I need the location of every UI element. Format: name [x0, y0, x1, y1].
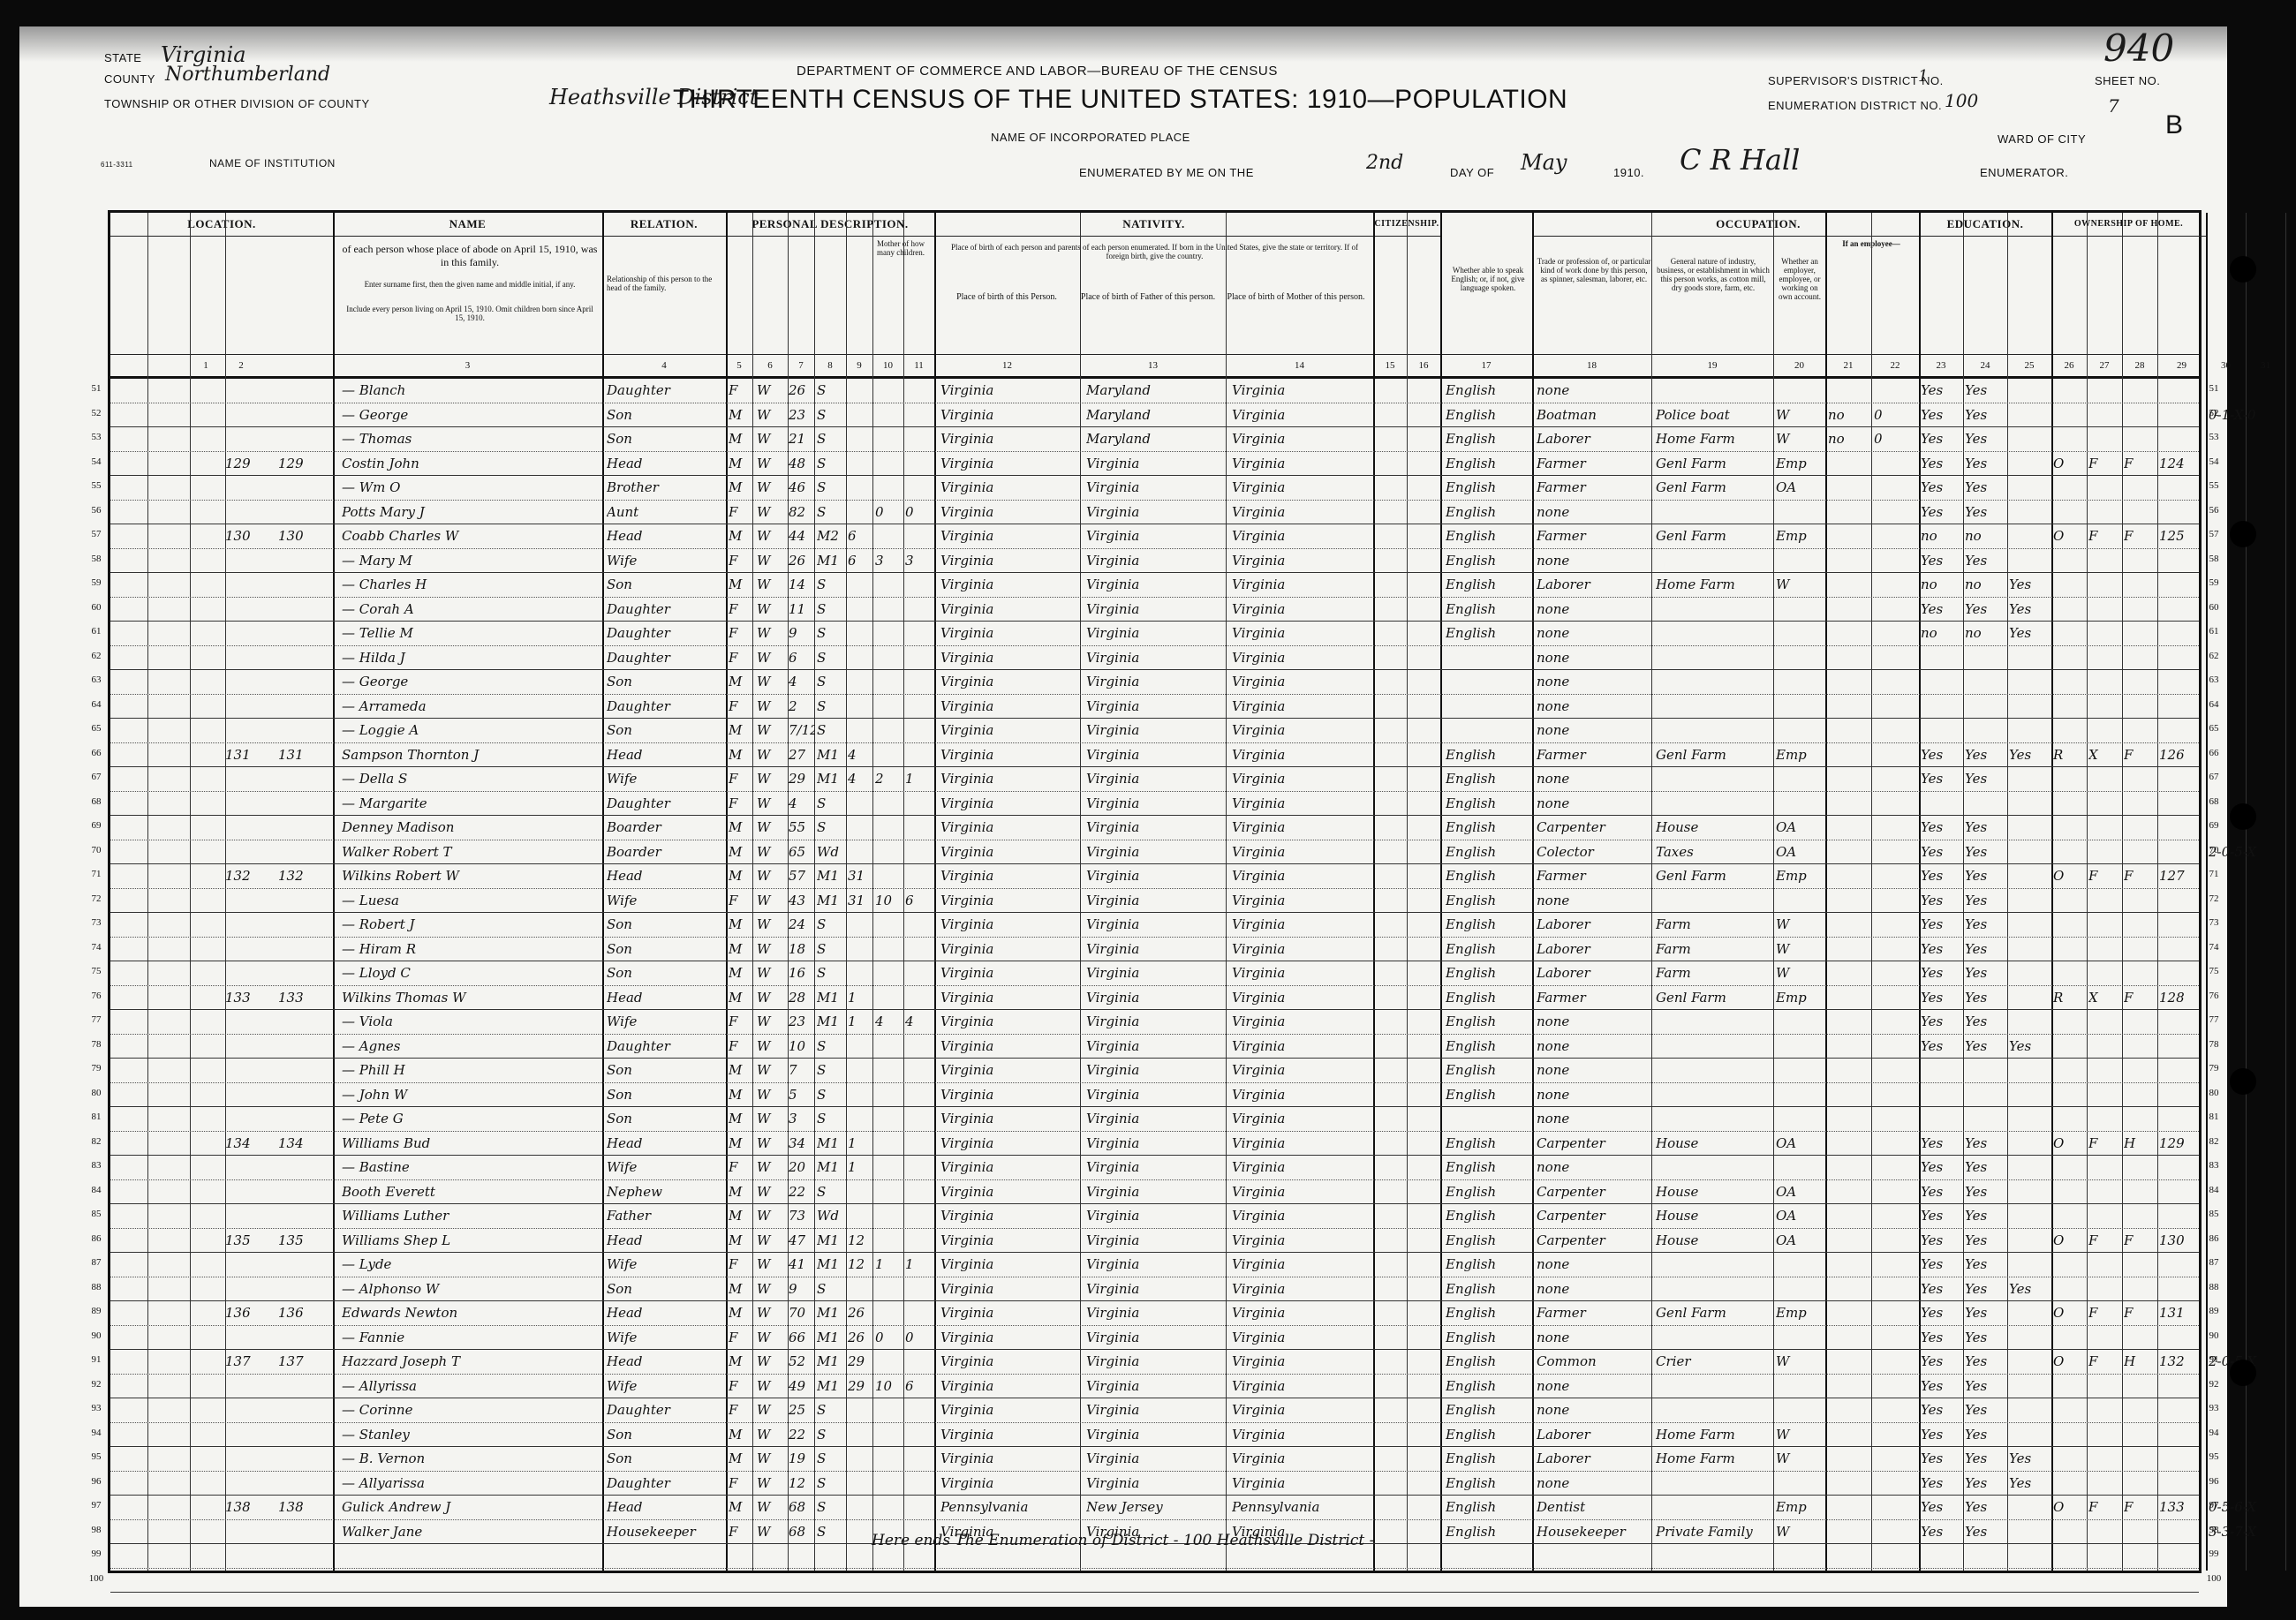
cell-age: 7: [789, 1059, 815, 1081]
table-row: — AllyarissaDaughterFW12SVirginiaVirgini…: [110, 1471, 2199, 1496]
col-num: 21: [1825, 355, 1871, 376]
col-num: 17: [1440, 355, 1532, 376]
cell-weeks-out-of-work: [1874, 1570, 1916, 1591]
cell-can-read: Yes: [1921, 817, 1961, 838]
cell-person-name: — Loggie A: [342, 720, 598, 741]
cell-children-living: [905, 404, 932, 426]
cell-out-of-work: [1828, 1521, 1869, 1542]
cell-free-or-mortgaged: [2088, 768, 2120, 789]
cell-attended-school: Yes: [2009, 574, 2050, 595]
cell-can-read: Yes: [1921, 1521, 1961, 1542]
cell-birthplace-father: Virginia: [1086, 1448, 1223, 1469]
cell-children-born: [875, 914, 902, 935]
cell-dwelling-number: [225, 1036, 278, 1057]
cell-farm-schedule: 128: [2159, 987, 2203, 1008]
cell-dwelling-number: [225, 599, 278, 620]
cell-age: 9: [789, 622, 815, 644]
cell-birthplace-father: Virginia: [1086, 1108, 1223, 1129]
col-num: 1: [190, 355, 222, 376]
cell-out-of-work: [1828, 962, 1869, 983]
cell-farm-or-house: [2124, 1036, 2156, 1057]
cell-trade: Laborer: [1537, 938, 1650, 960]
cell-out-of-work: [1828, 647, 1869, 668]
cell-birthplace-mother: Virginia: [1232, 1011, 1369, 1032]
cell-farm-schedule: [2159, 501, 2203, 523]
table-row: — StanleySonMW22SVirginiaVirginiaVirgini…: [110, 1422, 2199, 1448]
cell-farm-schedule: 124: [2159, 453, 2203, 474]
line-number-left: 78: [84, 1039, 109, 1050]
cell-dwelling-number: [225, 501, 278, 523]
cell-person-name: Wilkins Thomas W: [342, 987, 598, 1008]
cell-birthplace-father: Virginia: [1086, 1205, 1223, 1226]
cell-attended-school: [2009, 1521, 2050, 1542]
line-number-right: 76: [2202, 991, 2226, 1001]
cell-family-number: [278, 793, 331, 814]
cell-employer-status: W: [1776, 938, 1824, 960]
line-number-right: 60: [2202, 602, 2226, 613]
cell-person-name: — Hilda J: [342, 647, 598, 668]
table-row: — Alphonso WSonMW9SVirginiaVirginiaVirgi…: [110, 1277, 2199, 1302]
cell-weeks-out-of-work: [1874, 1230, 1916, 1251]
cell-free-or-mortgaged: [2088, 380, 2120, 401]
cell-marital-status: S: [817, 599, 845, 620]
cell-birthplace-mother: Virginia: [1232, 1327, 1369, 1348]
cell-birthplace-father: Maryland: [1086, 380, 1223, 401]
cell-out-of-work: [1828, 987, 1869, 1008]
cell-children-living: [905, 696, 932, 717]
cell-free-or-mortgaged: [2088, 428, 2120, 449]
cell-age: 29: [789, 768, 815, 789]
col-num: 4: [602, 355, 726, 376]
cell-language: English: [1446, 622, 1529, 644]
col-num: 7: [788, 355, 814, 376]
cell-weeks-out-of-work: [1874, 525, 1916, 546]
cell-can-read: [1921, 793, 1961, 814]
cell-trade: Laborer: [1537, 914, 1650, 935]
cell-birthplace-father: Virginia: [1086, 987, 1223, 1008]
stamp-number: 940: [2103, 26, 2174, 70]
cell-marital-status: S: [817, 962, 845, 983]
cell-can-write: Yes: [1965, 404, 2005, 426]
cell-birthplace-person: Virginia: [940, 1108, 1077, 1129]
cell-employer-status: [1776, 1108, 1824, 1129]
cell-owned-or-rented: [2053, 428, 2085, 449]
col-num: 12: [934, 355, 1080, 376]
cell-birthplace-person: Virginia: [940, 841, 1077, 863]
cell-birthplace-father: Virginia: [1086, 793, 1223, 814]
cell-attended-school: [2009, 1302, 2050, 1323]
table-row: — John WSonMW5SVirginiaVirginiaVirginiaE…: [110, 1082, 2199, 1108]
cell-birthplace-person: Virginia: [940, 938, 1077, 960]
cell-children-born: [875, 671, 902, 692]
cell-industry: Genl Farm: [1656, 1302, 1771, 1323]
cell-language: English: [1446, 550, 1529, 571]
cell-sex: M: [729, 477, 751, 498]
cell-weeks-out-of-work: [1874, 1084, 1916, 1105]
cell-sex: M: [729, 1424, 751, 1445]
cell-birthplace-mother: Virginia: [1232, 817, 1369, 838]
cell-age: 4: [789, 793, 815, 814]
cell-attended-school: [2009, 1133, 2050, 1154]
cell-language: English: [1446, 1084, 1529, 1105]
cell-trade: none: [1537, 1036, 1650, 1057]
cell-trade: [1537, 1545, 1650, 1566]
cell-birthplace-father: Virginia: [1086, 1133, 1223, 1154]
cell-birthplace-person: Virginia: [940, 1205, 1077, 1226]
cell-farm-or-house: [2124, 841, 2156, 863]
ward-label: WARD OF CITY: [1998, 132, 2086, 146]
line-number-left: 74: [84, 942, 109, 953]
cell-trade: Farmer: [1537, 987, 1650, 1008]
cell-can-write: Yes: [1965, 987, 2005, 1008]
cell-attended-school: [2009, 696, 2050, 717]
group-nativity: NATIVITY.: [934, 213, 1373, 237]
cell-farm-or-house: [2124, 720, 2156, 741]
cell-dwelling-number: [225, 938, 278, 960]
cell-language: English: [1446, 793, 1529, 814]
cell-free-or-mortgaged: [2088, 841, 2120, 863]
cell-weeks-out-of-work: [1874, 453, 1916, 474]
cell-attended-school: [2009, 914, 2050, 935]
cell-language: English: [1446, 1496, 1529, 1518]
cell-person-name: Edwards Newton: [342, 1302, 598, 1323]
county-label: COUNTY: [104, 72, 155, 86]
cell-dwelling-number: [225, 841, 278, 863]
cell-marital-status: S: [817, 1059, 845, 1081]
cell-dwelling-number: [225, 696, 278, 717]
cell-family-number: [278, 1059, 331, 1081]
cell-out-of-work: [1828, 501, 1869, 523]
table-row: — Della SWifeFW29M1421VirginiaVirginiaVi…: [110, 766, 2199, 792]
cell-employer-status: [1776, 1036, 1824, 1057]
cell-marital-status: S: [817, 1496, 845, 1518]
cell-owned-or-rented: [2053, 1205, 2085, 1226]
cell-birthplace-father: Virginia: [1086, 720, 1223, 741]
cell-dwelling-number: [225, 1011, 278, 1032]
line-number-left: 85: [84, 1209, 109, 1219]
cell-language: English: [1446, 1302, 1529, 1323]
cell-age: 22: [789, 1424, 815, 1445]
cell-race: W: [757, 696, 783, 717]
cell-trade: none: [1537, 768, 1650, 789]
cell-sex: M: [729, 1496, 751, 1518]
cell-sex: M: [729, 428, 751, 449]
cell-children-living: [905, 938, 932, 960]
cell-can-write: Yes: [1965, 1302, 2005, 1323]
cell-out-of-work: [1828, 550, 1869, 571]
cell-industry: Genl Farm: [1656, 744, 1771, 765]
cell-farm-or-house: [2124, 1181, 2156, 1202]
cell-industry: [1656, 890, 1771, 911]
col-num: 10: [872, 355, 903, 376]
cell-dwelling-number: [225, 1181, 278, 1202]
cell-children-living: 3: [905, 550, 932, 571]
cell-person-name: — Della S: [342, 768, 598, 789]
cell-birthplace-person: Virginia: [940, 1011, 1077, 1032]
line-number-right: 75: [2202, 966, 2226, 976]
cell-language: English: [1446, 1157, 1529, 1178]
cell-farm-or-house: [2124, 1254, 2156, 1275]
birth-father-header: Place of birth of Father of this person.: [1077, 292, 1219, 302]
line-number-right: 80: [2202, 1088, 2226, 1098]
cell-farm-schedule: [2159, 1011, 2203, 1032]
table-row: — Tellie MDaughterFW9SVirginiaVirginiaVi…: [110, 621, 2199, 646]
cell-children-living: [905, 1157, 932, 1178]
cell-free-or-mortgaged: [2088, 1399, 2120, 1420]
group-occupation: OCCUPATION.: [1532, 213, 1984, 237]
table-row: — LydeWifeFW41M11211VirginiaVirginiaVirg…: [110, 1252, 2199, 1277]
cell-trade: none: [1537, 1473, 1650, 1494]
cell-children-living: [905, 1036, 932, 1057]
line-number-right: 90: [2202, 1330, 2226, 1341]
cell-marital-status: M1: [817, 1302, 845, 1323]
cell-employer-status: [1776, 647, 1824, 668]
cell-sex: F: [729, 1327, 751, 1348]
cell-free-or-mortgaged: F: [2088, 1496, 2120, 1518]
cell-owned-or-rented: [2053, 380, 2085, 401]
cell-farm-schedule: [2159, 1278, 2203, 1300]
cell-birthplace-mother: Virginia: [1232, 550, 1369, 571]
cell-language: English: [1446, 962, 1529, 983]
cell-owned-or-rented: [2053, 768, 2085, 789]
cell-person-name: Potts Mary J: [342, 501, 598, 523]
cell-industry: Farm: [1656, 962, 1771, 983]
cell-dwelling-number: [225, 1254, 278, 1275]
cell-race: W: [757, 453, 783, 474]
cell-free-or-mortgaged: [2088, 720, 2120, 741]
cell-language: English: [1446, 865, 1529, 886]
cell-trade: none: [1537, 696, 1650, 717]
cell-trade: Carpenter: [1537, 1181, 1650, 1202]
cell-birthplace-person: Virginia: [940, 1181, 1077, 1202]
cell-out-of-work: [1828, 938, 1869, 960]
cell-marital-status: S: [817, 1036, 845, 1057]
cell-years-married: 12: [848, 1254, 872, 1275]
cell-birthplace-mother: Virginia: [1232, 1424, 1369, 1445]
cell-can-write: [1965, 696, 2005, 717]
cell-age: 66: [789, 1327, 815, 1348]
cell-weeks-out-of-work: [1874, 380, 1916, 401]
cell-age: 73: [789, 1205, 815, 1226]
cell-farm-or-house: [2124, 817, 2156, 838]
cell-dwelling-number: 135: [225, 1230, 278, 1251]
cell-language: [1446, 647, 1529, 668]
cell-language: [1446, 1108, 1529, 1129]
cell-owned-or-rented: [2053, 1108, 2085, 1129]
cell-person-name: — Alphonso W: [342, 1278, 598, 1300]
line-number-right: 100: [2202, 1573, 2226, 1584]
cell-weeks-out-of-work: [1874, 1108, 1916, 1129]
cell-person-name: — George: [342, 404, 598, 426]
cell-family-number: 132: [278, 865, 331, 886]
cell-can-read: Yes: [1921, 1351, 1961, 1372]
cell-can-read: Yes: [1921, 1302, 1961, 1323]
cell-can-read: Yes: [1921, 477, 1961, 498]
employer-header: Whether an employer, employee, or workin…: [1778, 257, 1822, 301]
col-num: 6: [752, 355, 788, 376]
cell-can-read: Yes: [1921, 1133, 1961, 1154]
cell-industry: [1656, 501, 1771, 523]
cell-farm-or-house: [2124, 404, 2156, 426]
cell-trade: none: [1537, 671, 1650, 692]
department-heading: DEPARTMENT OF COMMERCE AND LABOR—BUREAU …: [797, 64, 1278, 79]
cell-attended-school: [2009, 1230, 2050, 1251]
cell-birthplace-mother: Virginia: [1232, 428, 1369, 449]
cell-weeks-out-of-work: [1874, 671, 1916, 692]
cell-out-of-work: [1828, 380, 1869, 401]
cell-birthplace-person: Virginia: [940, 768, 1077, 789]
cell-out-of-work: [1828, 477, 1869, 498]
cell-can-read: [1921, 720, 1961, 741]
line-number-right: 92: [2202, 1379, 2226, 1390]
cell-farm-schedule: [2159, 1424, 2203, 1445]
cell-race: W: [757, 380, 783, 401]
cell-birthplace-mother: Virginia: [1232, 647, 1369, 668]
cell-industry: Genl Farm: [1656, 525, 1771, 546]
cell-birthplace-person: Virginia: [940, 428, 1077, 449]
cell-sex: F: [729, 793, 751, 814]
cell-employer-status: [1776, 550, 1824, 571]
cell-family-number: [278, 622, 331, 644]
line-number-right: 98: [2202, 1525, 2226, 1535]
cell-employer-status: Emp: [1776, 744, 1824, 765]
cell-dwelling-number: [225, 1084, 278, 1105]
cell-children-born: [875, 1496, 902, 1518]
cell-sex: F: [729, 501, 751, 523]
cell-can-write: Yes: [1965, 1133, 2005, 1154]
cell-language: English: [1446, 1181, 1529, 1202]
mother-of-header: Mother of how many children.: [870, 239, 932, 257]
cell-industry: Genl Farm: [1656, 865, 1771, 886]
cell-industry: [1656, 622, 1771, 644]
cell-family-number: [278, 1108, 331, 1129]
cell-children-living: [905, 647, 932, 668]
cell-family-number: [278, 1254, 331, 1275]
cell-relation: Head: [607, 1496, 721, 1518]
cell-owned-or-rented: [2053, 1084, 2085, 1105]
cell-can-read: Yes: [1921, 1424, 1961, 1445]
cell-relation: Boarder: [607, 817, 721, 838]
cell-family-number: 131: [278, 744, 331, 765]
cell-children-living: 0: [905, 501, 932, 523]
cell-relation: Head: [607, 987, 721, 1008]
cell-farm-schedule: [2159, 477, 2203, 498]
cell-sex: F: [729, 1375, 751, 1397]
census-title: THIRTEENTH CENSUS OF THE UNITED STATES: …: [673, 85, 1567, 115]
line-number-left: 54: [84, 456, 109, 467]
cell-attended-school: [2009, 380, 2050, 401]
birth-person-header: Place of birth of this Person.: [940, 292, 1073, 302]
cell-farm-or-house: F: [2124, 1496, 2156, 1518]
cell-weeks-out-of-work: [1874, 914, 1916, 935]
cell-family-number: [278, 1181, 331, 1202]
cell-relation: Head: [607, 1133, 721, 1154]
cell-age: 26: [789, 550, 815, 571]
cell-attended-school: [2009, 938, 2050, 960]
cell-children-born: [875, 1570, 902, 1591]
cell-industry: [1656, 1278, 1771, 1300]
cell-relation: Daughter: [607, 380, 721, 401]
cell-farm-or-house: F: [2124, 1302, 2156, 1323]
cell-person-name: Wilkins Robert W: [342, 865, 598, 886]
cell-trade: none: [1537, 550, 1650, 571]
cell-years-married: [848, 793, 872, 814]
table-row: — Mary MWifeFW26M1633VirginiaVirginiaVir…: [110, 548, 2199, 574]
line-number-left: 86: [84, 1233, 109, 1244]
cell-farm-schedule: [2159, 550, 2203, 571]
cell-attended-school: [2009, 477, 2050, 498]
cell-birthplace-person: Virginia: [940, 380, 1077, 401]
line-number-right: 83: [2202, 1160, 2226, 1171]
cell-can-read: Yes: [1921, 1230, 1961, 1251]
cell-relation: [607, 1545, 721, 1566]
cell-farm-schedule: 131: [2159, 1302, 2203, 1323]
cell-language: English: [1446, 1473, 1529, 1494]
cell-sex: F: [729, 647, 751, 668]
cell-can-read: Yes: [1921, 1254, 1961, 1275]
cell-employer-status: [1776, 793, 1824, 814]
cell-person-name: — Wm O: [342, 477, 598, 498]
cell-employer-status: Emp: [1776, 453, 1824, 474]
cell-age: 5: [789, 1084, 815, 1105]
cell-birthplace-father: Virginia: [1086, 671, 1223, 692]
cell-owned-or-rented: O: [2053, 525, 2085, 546]
cell-years-married: [848, 428, 872, 449]
cell-birthplace-person: Virginia: [940, 890, 1077, 911]
cell-free-or-mortgaged: [2088, 404, 2120, 426]
cell-attended-school: [2009, 1570, 2050, 1591]
cell-farm-or-house: [2124, 428, 2156, 449]
cell-owned-or-rented: [2053, 671, 2085, 692]
cell-trade: none: [1537, 1157, 1650, 1178]
cell-owned-or-rented: [2053, 550, 2085, 571]
cell-language: English: [1446, 1205, 1529, 1226]
cell-person-name: — Tellie M: [342, 622, 598, 644]
line-number-left: 79: [84, 1063, 109, 1074]
line-number-right: 55: [2202, 480, 2226, 491]
cell-marital-status: S: [817, 1448, 845, 1469]
cell-sex: [729, 1545, 751, 1566]
cell-employer-status: [1776, 622, 1824, 644]
cell-language: English: [1446, 453, 1529, 474]
cell-can-read: Yes: [1921, 1205, 1961, 1226]
cell-free-or-mortgaged: F: [2088, 1351, 2120, 1372]
cell-family-number: [278, 1424, 331, 1445]
cell-employer-status: [1776, 1084, 1824, 1105]
cell-farm-or-house: [2124, 1399, 2156, 1420]
line-number-right: 54: [2202, 456, 2226, 467]
cell-weeks-out-of-work: [1874, 987, 1916, 1008]
cell-trade: none: [1537, 1375, 1650, 1397]
cell-industry: Taxes: [1656, 841, 1771, 863]
cell-language: English: [1446, 1399, 1529, 1420]
cell-free-or-mortgaged: [2088, 1327, 2120, 1348]
cell-out-of-work: no: [1828, 404, 1869, 426]
cell-relation: Head: [607, 1351, 721, 1372]
cell-owned-or-rented: O: [2053, 1230, 2085, 1251]
cell-farm-or-house: [2124, 768, 2156, 789]
cell-years-married: [848, 914, 872, 935]
cell-employer-status: [1776, 1545, 1824, 1566]
cell-race: W: [757, 550, 783, 571]
cell-children-born: 10: [875, 1375, 902, 1397]
cell-owned-or-rented: O: [2053, 865, 2085, 886]
cell-owned-or-rented: [2053, 1570, 2085, 1591]
cell-sex: M: [729, 987, 751, 1008]
cell-employer-status: Emp: [1776, 987, 1824, 1008]
cell-sex: M: [729, 914, 751, 935]
cell-sex: F: [729, 599, 751, 620]
